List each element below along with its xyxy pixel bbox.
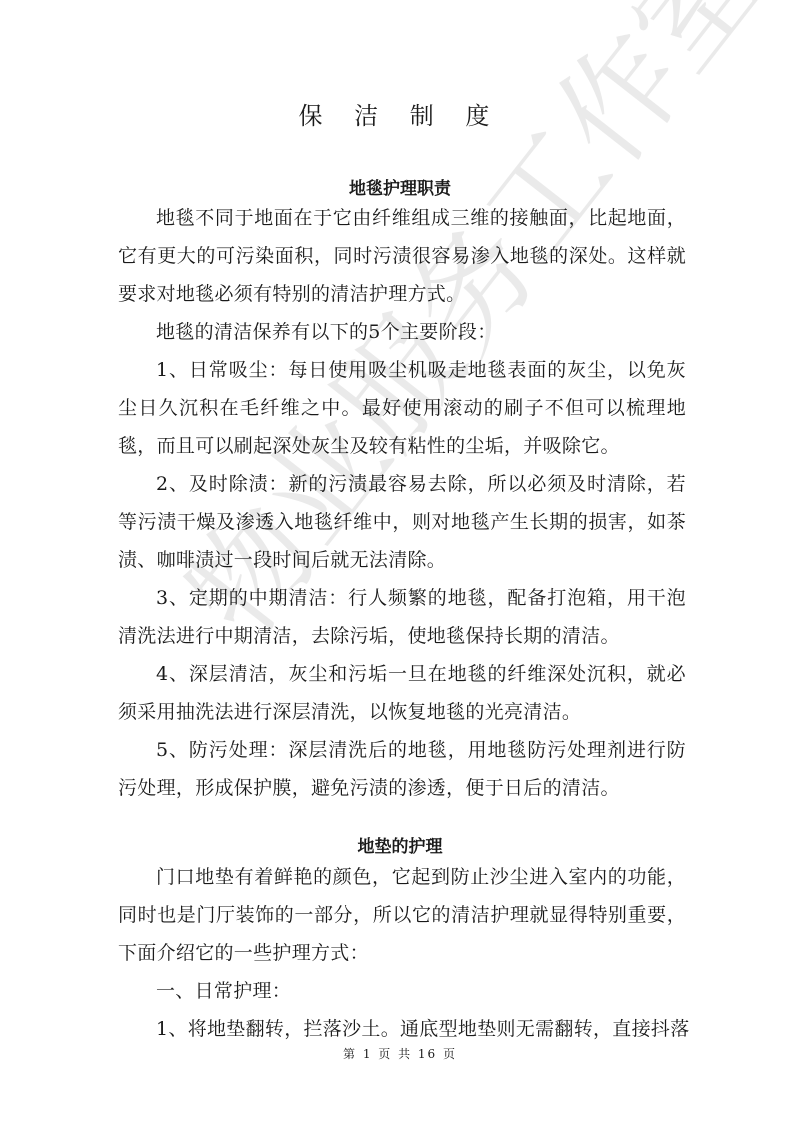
paragraph: 地毯的清洁保养有以下的5个主要阶段： [118,313,686,351]
document-title: 保 洁 制 度 [0,96,800,131]
page-footer: 第 1 页 共 16 页 [0,1045,800,1062]
section-heading-mat: 地垫的护理 [0,832,800,857]
list-item: 2、及时除渍：新的污渍最容易去除，所以必须及时清除，若等污渍干燥及渗透入地毯纤维… [118,465,686,579]
section-heading-carpet: 地毯护理职责 [0,174,800,199]
paragraph: 地毯不同于地面在于它由纤维组成三维的接触面，比起地面，它有更大的可污染面积，同时… [118,199,686,313]
paragraph: 门口地垫有着鲜艳的颜色，它起到防止沙尘进入室内的功能，同时也是门厅装饰的一部分，… [118,858,686,972]
list-item: 5、防污处理：深层清洗后的地毯，用地毯防污处理剂进行防污处理，形成保护膜，避免污… [118,731,686,807]
list-item: 3、定期的中期清洁：行人频繁的地毯，配备打泡箱，用干泡清洗法进行中期清洁，去除污… [118,579,686,655]
list-item: 1、将地垫翻转，拦落沙土。通底型地垫则无需翻转，直接抖落 [118,1010,686,1048]
document-page: 物业服务工作室 保 洁 制 度 地毯护理职责 地毯不同于地面在于它由纤维组成三维… [0,0,800,1132]
subheading: 一、日常护理： [118,972,686,1010]
list-item: 4、深层清洁，灰尘和污垢一旦在地毯的纤维深处沉积，就必须采用抽洗法进行深层清洗，… [118,655,686,731]
list-item: 1、日常吸尘：每日使用吸尘机吸走地毯表面的灰尘，以免灰尘日久沉积在毛纤维之中。最… [118,351,686,465]
